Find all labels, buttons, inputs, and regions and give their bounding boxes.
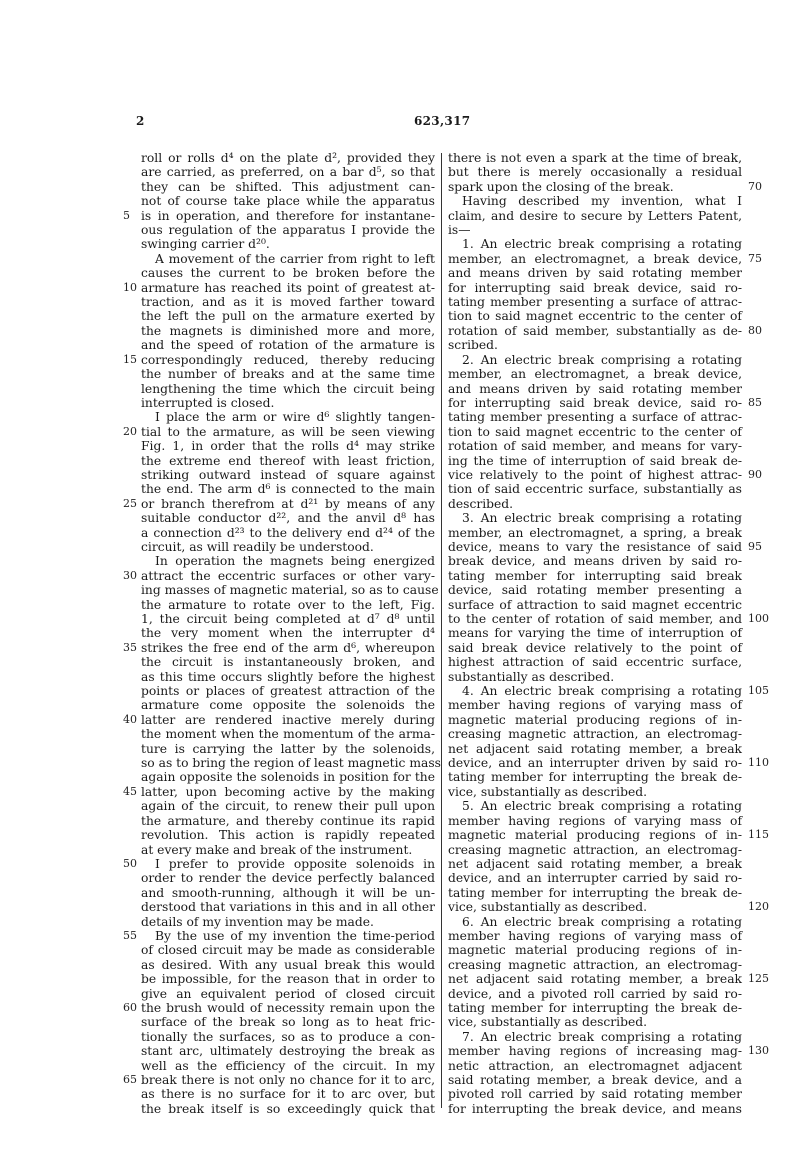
text-line: but there is merely occasionally a resid… (448, 165, 742, 179)
line-text: for interrupting said break device, said… (448, 281, 742, 295)
text-line: vice, substantially as described. (448, 1015, 742, 1029)
line-text: correspondingly reduced, thereby reducin… (141, 353, 435, 367)
line-number: 55 (123, 929, 137, 943)
text-line: A movement of the carrier from right to … (141, 252, 435, 266)
line-text: vice, substantially as described. (448, 1015, 647, 1029)
text-line: member having regions of varying mass of (448, 814, 742, 828)
line-text: armature come opposite the solenoids the (141, 698, 435, 712)
text-line: or branch therefrom at d²¹ by means of a… (141, 497, 435, 511)
text-line: not of course take place while the appar… (141, 194, 435, 208)
line-text: ing the time of interruption of said bre… (448, 454, 742, 468)
text-line: as this time occurs slightly before the … (141, 670, 435, 684)
text-line: creasing magnetic attraction, an electro… (448, 958, 742, 972)
text-line: to the center of rotation of said member… (448, 612, 742, 626)
text-line: stant arc, ultimately destroying the bre… (141, 1044, 435, 1058)
line-text: traction, and as it is moved farther tow… (141, 295, 435, 309)
text-line: device, and an interrupter driven by sai… (448, 756, 742, 770)
text-line: Having described my invention, what I (448, 194, 742, 208)
text-line: ous regulation of the apparatus I provid… (141, 223, 435, 237)
line-number: 80 (748, 324, 762, 338)
line-text: vice, substantially as described. (448, 900, 647, 914)
text-line: said break device relatively to the poin… (448, 641, 742, 655)
line-text: of closed circuit may be made as conside… (141, 943, 435, 957)
line-text: creasing magnetic attraction, an electro… (448, 843, 742, 857)
text-line: device, said rotating member presenting … (448, 583, 742, 597)
text-line: break there is not only no chance for it… (141, 1073, 435, 1087)
right-text-column: there is not even a spark at the time of… (448, 151, 742, 1116)
text-line: and the speed of rotation of the armatur… (141, 338, 435, 352)
line-number: 100 (748, 612, 769, 626)
text-line: tating member for interrupting the break… (448, 1001, 742, 1015)
line-text: highest attraction of said eccentric sur… (448, 655, 742, 669)
line-text: there is not even a spark at the time of… (448, 151, 742, 165)
text-line: surface of the break so long as to heat … (141, 1015, 435, 1029)
text-line: the extreme end thereof with least frict… (141, 454, 435, 468)
line-text: 7. An electric break comprising a rotati… (462, 1030, 742, 1044)
line-text: a connection d²³ to the delivery end d²⁴… (141, 526, 435, 540)
line-text: not of course take place while the appar… (141, 194, 435, 208)
text-line: suitable conductor d²², and the anvil d⁸… (141, 511, 435, 525)
line-text: or branch therefrom at d²¹ by means of a… (141, 497, 435, 511)
line-text: scribed. (448, 338, 498, 352)
text-line: I place the arm or wire d⁶ slightly tang… (141, 410, 435, 424)
line-text: member having regions of varying mass of (448, 929, 742, 943)
line-text: striking outward instead of square again… (141, 468, 435, 482)
text-line: netic attraction, an electromagnet adjac… (448, 1059, 742, 1073)
text-line: device, means to vary the resistance of … (448, 540, 742, 554)
line-text: tating member presenting a surface of at… (448, 295, 742, 309)
line-text: the very moment when the interrupter d⁴ (141, 626, 435, 640)
text-line: tating member presenting a surface of at… (448, 410, 742, 424)
text-line: tating member presenting a surface of at… (448, 295, 742, 309)
line-text: order to render the device perfectly bal… (141, 871, 435, 885)
line-text: tating member presenting a surface of at… (448, 410, 742, 424)
text-line: again of the circuit, to renew their pul… (141, 799, 435, 813)
line-text: the circuit is instantaneously broken, a… (141, 655, 435, 669)
text-line: tion to said magnet eccentric to the cen… (448, 309, 742, 323)
text-line: and means driven by said rotating member (448, 382, 742, 396)
text-line: the number of breaks and at the same tim… (141, 367, 435, 381)
line-text: member, an electromagnet, a break device… (448, 252, 742, 266)
line-text: and the speed of rotation of the armatur… (141, 338, 435, 352)
line-text: attract the eccentric surfaces or other … (141, 569, 435, 583)
line-text: In operation the magnets being energized (155, 554, 435, 568)
text-line: By the use of my invention the time-peri… (141, 929, 435, 943)
text-line: and means driven by said rotating member (448, 266, 742, 280)
line-text: member having regions of varying mass of (448, 814, 742, 828)
text-line: tating member for interrupting the break… (448, 886, 742, 900)
line-text: the armature to rotate over to the left,… (141, 598, 435, 612)
text-line: for interrupting said break device, said… (448, 281, 742, 295)
line-text: device, means to vary the resistance of … (448, 540, 742, 554)
text-line: vice, substantially as described. (448, 785, 742, 799)
line-text: roll or rolls d⁴ on the plate d², provid… (141, 151, 435, 165)
text-line: and smooth-running, although it will be … (141, 886, 435, 900)
text-line: armature come opposite the solenoids the (141, 698, 435, 712)
text-line: ing masses of magnetic material, so as t… (141, 583, 435, 597)
line-text: break device, and means driven by said r… (448, 554, 742, 568)
line-text: give an equivalent period of closed circ… (141, 987, 435, 1001)
line-text: surface of attraction to said magnet ecc… (448, 598, 742, 612)
line-text: substantially as described. (448, 670, 614, 684)
text-line: the magnets is diminished more and more, (141, 324, 435, 338)
text-line: tial to the armature, as will be seen vi… (141, 425, 435, 439)
line-text: revolution. This action is rapidly repea… (141, 828, 435, 842)
text-line: causes the current to be broken before t… (141, 266, 435, 280)
line-text: at every make and break of the instrumen… (141, 843, 412, 857)
line-text: the brush would of necessity remain upon… (141, 1001, 435, 1015)
page-number: 2 (136, 114, 144, 128)
line-text: details of my invention may be made. (141, 915, 374, 929)
text-line: device, and a pivoted roll carried by sa… (448, 987, 742, 1001)
line-text: points or places of greatest attraction … (141, 684, 435, 698)
line-text: again opposite the solenoids in position… (141, 770, 435, 784)
left-text-column: roll or rolls d⁴ on the plate d², provid… (141, 151, 435, 1116)
line-text: swinging carrier d²⁰. (141, 237, 270, 251)
line-number: 35 (123, 641, 137, 655)
line-number: 40 (123, 713, 137, 727)
text-line: correspondingly reduced, thereby reducin… (141, 353, 435, 367)
text-line: points or places of greatest attraction … (141, 684, 435, 698)
line-text: creasing magnetic attraction, an electro… (448, 727, 742, 741)
text-line: there is not even a spark at the time of… (448, 151, 742, 165)
text-line: swinging carrier d²⁰. (141, 237, 435, 251)
line-text: for interrupting said break device, said… (448, 396, 742, 410)
line-text: tating member for interrupting said brea… (448, 569, 742, 583)
line-text: device, said rotating member presenting … (448, 583, 742, 597)
line-text: strikes the free end of the arm d⁶, wher… (141, 641, 435, 655)
text-line: surface of attraction to said magnet ecc… (448, 598, 742, 612)
line-text: 6. An electric break comprising a rotati… (462, 915, 742, 929)
line-text: to the center of rotation of said member… (448, 612, 742, 626)
line-text: said break device relatively to the poin… (448, 641, 742, 655)
text-line: strikes the free end of the arm d⁶, wher… (141, 641, 435, 655)
line-text: ous regulation of the apparatus I provid… (141, 223, 435, 237)
line-text: tial to the armature, as will be seen vi… (141, 425, 435, 439)
line-text: but there is merely occasionally a resid… (448, 165, 742, 179)
text-line: circuit, as will readily be understood. (141, 540, 435, 554)
line-text: magnetic material producing regions of i… (448, 713, 742, 727)
text-line: member having regions of varying mass of (448, 698, 742, 712)
line-text: as this time occurs slightly before the … (141, 670, 435, 684)
text-line: for interrupting the break device, and m… (448, 1102, 742, 1116)
text-line: tating member for interrupting the break… (448, 770, 742, 784)
line-text: tionally the surfaces, so as to produce … (141, 1030, 435, 1044)
line-text: spark upon the closing of the break. (448, 180, 674, 194)
line-text: lengthening the time which the circuit b… (141, 382, 435, 396)
text-line: Fig. 1, in order that the rolls d⁴ may s… (141, 439, 435, 453)
line-text: 1. An electric break comprising a rotati… (462, 237, 742, 251)
text-line: details of my invention may be made. (141, 915, 435, 929)
text-line: In operation the magnets being energized (141, 554, 435, 568)
line-text: device, and an interrupter carried by sa… (448, 871, 742, 885)
text-line: order to render the device perfectly bal… (141, 871, 435, 885)
text-line: substantially as described. (448, 670, 742, 684)
text-line: member having regions of increasing mag-… (448, 1044, 742, 1058)
line-text: tating member for interrupting the break… (448, 1001, 742, 1015)
line-text: 1, the circuit being completed at d⁷ d⁸ … (141, 612, 435, 626)
line-text: I place the arm or wire d⁶ slightly tang… (155, 410, 435, 424)
text-line: ing the time of interruption of said bre… (448, 454, 742, 468)
text-line: 6. An electric break comprising a rotati… (448, 915, 742, 929)
line-text: Having described my invention, what I (462, 194, 742, 208)
line-text: latter are rendered inactive merely duri… (141, 713, 435, 727)
text-line: means for varying the time of interrupti… (448, 626, 742, 640)
text-line: well as the efficiency of the circuit. I… (141, 1059, 435, 1073)
text-line: said rotating member, a break device, an… (448, 1073, 742, 1087)
text-line: vice, substantially as described.120 (448, 900, 742, 914)
text-line: net adjacent said rotating member, a bre… (448, 972, 742, 986)
line-text: net adjacent said rotating member, a bre… (448, 857, 742, 871)
line-text: ture is carrying the latter by the solen… (141, 742, 435, 756)
line-number: 70 (748, 180, 762, 194)
text-line: is— (448, 223, 742, 237)
line-text: and means driven by said rotating member (448, 266, 742, 280)
text-line: net adjacent said rotating member, a bre… (448, 857, 742, 871)
text-line: tating member for interrupting said brea… (448, 569, 742, 583)
text-line: is in operation, and therefore for insta… (141, 209, 435, 223)
line-number: 120 (748, 900, 769, 914)
text-line: derstood that variations in this and in … (141, 900, 435, 914)
text-line: as there is no surface for it to arc ove… (141, 1087, 435, 1101)
text-line: 1, the circuit being completed at d⁷ d⁸ … (141, 612, 435, 626)
line-text: device, and a pivoted roll carried by sa… (448, 987, 742, 1001)
line-text: said rotating member, a break device, an… (448, 1073, 742, 1087)
line-number: 65 (123, 1073, 137, 1087)
line-text: tating member for interrupting the break… (448, 886, 742, 900)
line-text: creasing magnetic attraction, an electro… (448, 958, 742, 972)
line-number: 15 (123, 353, 137, 367)
text-line: revolution. This action is rapidly repea… (141, 828, 435, 842)
text-line: traction, and as it is moved farther tow… (141, 295, 435, 309)
text-line: magnetic material producing regions of i… (448, 713, 742, 727)
text-line: magnetic material producing regions of i… (448, 943, 742, 957)
text-line: rotation of said member, substantially a… (448, 324, 742, 338)
line-text: break there is not only no chance for it… (141, 1073, 435, 1087)
line-text: member, an electromagnet, a spring, a br… (448, 526, 742, 540)
text-line: the break itself is so exceedingly quick… (141, 1102, 435, 1116)
text-line: member, an electromagnet, a break device… (448, 252, 742, 266)
text-line: member, an electromagnet, a spring, a br… (448, 526, 742, 540)
line-text: A movement of the carrier from right to … (155, 252, 435, 266)
line-number: 60 (123, 1001, 137, 1015)
text-line: 5. An electric break comprising a rotati… (448, 799, 742, 813)
patent-number: 623,317 (414, 114, 470, 128)
text-line: 7. An electric break comprising a rotati… (448, 1030, 742, 1044)
text-line: spark upon the closing of the break.70 (448, 180, 742, 194)
line-text: the break itself is so exceedingly quick… (141, 1102, 435, 1116)
line-text: is— (448, 223, 471, 237)
line-text: again of the circuit, to renew their pul… (141, 799, 435, 813)
line-number: 125 (748, 972, 769, 986)
text-line: attract the eccentric surfaces or other … (141, 569, 435, 583)
line-text: for interrupting the break device, and m… (448, 1102, 742, 1116)
text-line: member, an electromagnet, a break device… (448, 367, 742, 381)
line-text: they can be shifted. This adjustment can… (141, 180, 435, 194)
line-text: suitable conductor d²², and the anvil d⁸… (141, 511, 435, 525)
text-line: armature has reached its point of greate… (141, 281, 435, 295)
text-line: for interrupting said break device, said… (448, 396, 742, 410)
text-line: 1. An electric break comprising a rotati… (448, 237, 742, 251)
text-line: at every make and break of the instrumen… (141, 843, 435, 857)
line-text: magnetic material producing regions of i… (448, 943, 742, 957)
line-number: 10 (123, 281, 137, 295)
text-line: latter are rendered inactive merely duri… (141, 713, 435, 727)
text-line: I prefer to provide opposite solenoids i… (141, 857, 435, 871)
line-text: pivoted roll carried by said rotating me… (448, 1087, 742, 1101)
line-number: 115 (748, 828, 769, 842)
text-line: tion of said eccentric surface, substant… (448, 482, 742, 496)
line-text: rotation of said member, and means for v… (448, 439, 742, 453)
line-text: and means driven by said rotating member (448, 382, 742, 396)
text-line: 2. An electric break comprising a rotati… (448, 353, 742, 367)
line-text: 5. An electric break comprising a rotati… (462, 799, 742, 813)
line-number: 110 (748, 756, 769, 770)
column-divider (441, 153, 442, 1108)
text-line: the moment when the momentum of the arma… (141, 727, 435, 741)
text-line: are carried, as preferred, on a bar d⁵, … (141, 165, 435, 179)
line-text: member having regions of increasing mag- (448, 1044, 742, 1058)
line-text: so as to bring the region of least magne… (141, 756, 441, 770)
text-line: member having regions of varying mass of (448, 929, 742, 943)
text-line: striking outward instead of square again… (141, 468, 435, 482)
line-text: ing masses of magnetic material, so as t… (141, 583, 439, 597)
text-line: of closed circuit may be made as conside… (141, 943, 435, 957)
line-text: described. (448, 497, 513, 511)
text-line: 3. An electric break comprising a rotati… (448, 511, 742, 525)
line-text: circuit, as will readily be understood. (141, 540, 374, 554)
line-text: are carried, as preferred, on a bar d⁵, … (141, 165, 435, 179)
line-text: tion to said magnet eccentric to the cen… (448, 309, 742, 323)
line-text: causes the current to be broken before t… (141, 266, 435, 280)
line-number: 45 (123, 785, 137, 799)
line-text: tion to said magnet eccentric to the cen… (448, 425, 742, 439)
text-line: device, and an interrupter carried by sa… (448, 871, 742, 885)
text-line: the armature, and thereby continue its r… (141, 814, 435, 828)
line-text: rotation of said member, substantially a… (448, 324, 742, 338)
line-number: 50 (123, 857, 137, 871)
line-text: member, an electromagnet, a break device… (448, 367, 742, 381)
text-line: as desired. With any usual break this wo… (141, 958, 435, 972)
line-text: armature has reached its point of greate… (141, 281, 435, 295)
line-text: means for varying the time of interrupti… (448, 626, 742, 640)
line-text: netic attraction, an electromagnet adjac… (448, 1059, 742, 1073)
line-text: derstood that variations in this and in … (141, 900, 435, 914)
line-text: the armature, and thereby continue its r… (141, 814, 435, 828)
line-number: 85 (748, 396, 762, 410)
line-text: net adjacent said rotating member, a bre… (448, 742, 742, 756)
text-line: the very moment when the interrupter d⁴ (141, 626, 435, 640)
text-line: ture is carrying the latter by the solen… (141, 742, 435, 756)
text-line: the end. The arm d⁶ is connected to the … (141, 482, 435, 496)
text-line: give an equivalent period of closed circ… (141, 987, 435, 1001)
line-text: tion of said eccentric surface, substant… (448, 482, 742, 496)
text-line: highest attraction of said eccentric sur… (448, 655, 742, 669)
line-text: as desired. With any usual break this wo… (141, 958, 435, 972)
text-line: pivoted roll carried by said rotating me… (448, 1087, 742, 1101)
line-number: 30 (123, 569, 137, 583)
line-number: 90 (748, 468, 762, 482)
line-text: surface of the break so long as to heat … (141, 1015, 435, 1029)
text-line: rotation of said member, and means for v… (448, 439, 742, 453)
line-number: 130 (748, 1044, 769, 1058)
text-line: the armature to rotate over to the left,… (141, 598, 435, 612)
line-number: 95 (748, 540, 762, 554)
text-line: interrupted is closed. (141, 396, 435, 410)
text-line: claim, and desire to secure by Letters P… (448, 209, 742, 223)
line-text: the number of breaks and at the same tim… (141, 367, 435, 381)
line-number: 75 (748, 252, 762, 266)
text-line: break device, and means driven by said r… (448, 554, 742, 568)
text-line: a connection d²³ to the delivery end d²⁴… (141, 526, 435, 540)
text-line: scribed. (448, 338, 742, 352)
text-line: lengthening the time which the circuit b… (141, 382, 435, 396)
line-text: By the use of my invention the time-peri… (155, 929, 435, 943)
line-text: and smooth-running, although it will be … (141, 886, 435, 900)
text-line: creasing magnetic attraction, an electro… (448, 843, 742, 857)
text-line: creasing magnetic attraction, an electro… (448, 727, 742, 741)
line-text: vice, substantially as described. (448, 785, 647, 799)
line-text: the left the pull on the armature exerte… (141, 309, 435, 323)
line-text: 4. An electric break comprising a rotati… (462, 684, 742, 698)
line-text: the magnets is diminished more and more, (141, 324, 435, 338)
text-line: the circuit is instantaneously broken, a… (141, 655, 435, 669)
text-line: described. (448, 497, 742, 511)
line-text: is in operation, and therefore for insta… (141, 209, 435, 223)
text-line: roll or rolls d⁴ on the plate d², provid… (141, 151, 435, 165)
line-text: tating member for interrupting the break… (448, 770, 742, 784)
line-text: interrupted is closed. (141, 396, 274, 410)
line-text: 2. An electric break comprising a rotati… (462, 353, 742, 367)
text-line: they can be shifted. This adjustment can… (141, 180, 435, 194)
line-text: the end. The arm d⁶ is connected to the … (141, 482, 435, 496)
text-line: the brush would of necessity remain upon… (141, 1001, 435, 1015)
text-line: tionally the surfaces, so as to produce … (141, 1030, 435, 1044)
line-number: 25 (123, 497, 137, 511)
line-text: claim, and desire to secure by Letters P… (448, 209, 742, 223)
line-text: the moment when the momentum of the arma… (141, 727, 435, 741)
line-text: latter, upon becoming active by the maki… (141, 785, 435, 799)
line-text: 3. An electric break comprising a rotati… (462, 511, 742, 525)
line-text: as there is no surface for it to arc ove… (141, 1087, 435, 1101)
line-text: the extreme end thereof with least frict… (141, 454, 435, 468)
line-text: magnetic material producing regions of i… (448, 828, 742, 842)
line-number: 105 (748, 684, 769, 698)
line-text: member having regions of varying mass of (448, 698, 742, 712)
line-text: well as the efficiency of the circuit. I… (141, 1059, 435, 1073)
text-line: so as to bring the region of least magne… (141, 756, 435, 770)
text-line: magnetic material producing regions of i… (448, 828, 742, 842)
text-line: be impossible, for the reason that in or… (141, 972, 435, 986)
line-text: stant arc, ultimately destroying the bre… (141, 1044, 435, 1058)
line-text: be impossible, for the reason that in or… (141, 972, 435, 986)
text-line: net adjacent said rotating member, a bre… (448, 742, 742, 756)
text-line: 4. An electric break comprising a rotati… (448, 684, 742, 698)
line-text: vice relatively to the point of highest … (448, 468, 742, 482)
text-line: again opposite the solenoids in position… (141, 770, 435, 784)
line-number: 20 (123, 425, 137, 439)
line-text: device, and an interrupter driven by sai… (448, 756, 742, 770)
text-line: latter, upon becoming active by the maki… (141, 785, 435, 799)
line-text: I prefer to provide opposite solenoids i… (155, 857, 435, 871)
text-line: tion to said magnet eccentric to the cen… (448, 425, 742, 439)
line-text: net adjacent said rotating member, a bre… (448, 972, 742, 986)
text-line: the left the pull on the armature exerte… (141, 309, 435, 323)
line-text: Fig. 1, in order that the rolls d⁴ may s… (141, 439, 435, 453)
line-number: 5 (123, 209, 130, 223)
text-line: vice relatively to the point of highest … (448, 468, 742, 482)
